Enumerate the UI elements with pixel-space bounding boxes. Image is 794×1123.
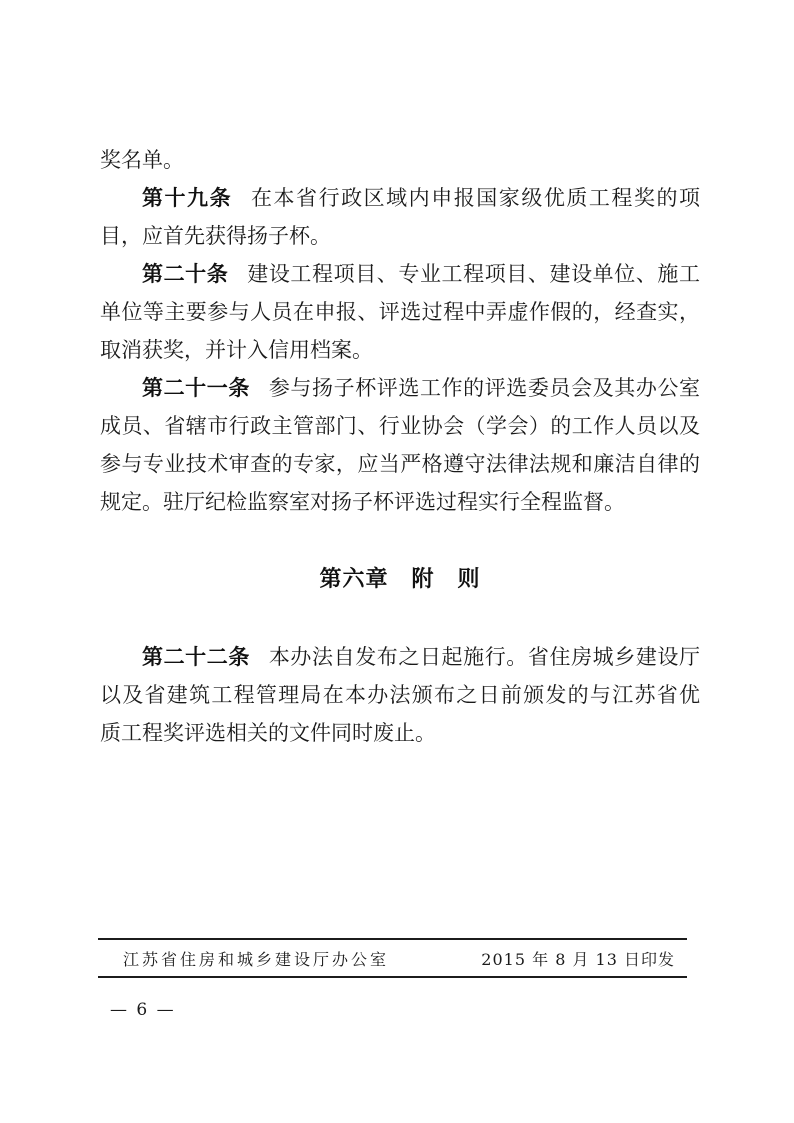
paragraph: 第二十一条参与扬子杯评选工作的评选委员会及其办公室成员、省辖市行政主管部门、行业… xyxy=(100,369,700,521)
paragraph: 第二十二条本办法自发布之日起施行。省住房城乡建设厅以及省建筑工程管理局在本办法颁… xyxy=(100,638,700,752)
text-line: 以及省建筑工程管理局在本办法颁布之日前颁发的与江苏省优 xyxy=(100,676,700,714)
text-line: 质工程奖评选相关的文件同时废止。 xyxy=(100,714,700,752)
text-line: 第二十二条本办法自发布之日起施行。省住房城乡建设厅 xyxy=(100,638,700,676)
line-text: 以及省建筑工程管理局在本办法颁布之日前颁发的与江苏省优 xyxy=(100,683,700,707)
chapter-heading: 第六章 附 则 xyxy=(100,561,700,599)
page-number: — 6 — xyxy=(110,999,176,1021)
text-line: 单位等主要参与人员在申报、评选过程中弄虚作假的，经查实， xyxy=(100,293,700,331)
footer-issuer: 江苏省住房和城乡建设厅办公室 xyxy=(123,947,389,970)
line-text: 参与专业技术审查的专家，应当严格遵守法律法规和廉洁自律的 xyxy=(100,452,700,476)
article-label: 第二十条 xyxy=(142,262,228,286)
line-text: 在本省行政区域内申报国家级优质工程奖的项 xyxy=(251,186,700,210)
text-line: 第二十一条参与扬子杯评选工作的评选委员会及其办公室 xyxy=(100,369,700,407)
document-page: 奖名单。第十九条在本省行政区域内申报国家级优质工程奖的项目，应首先获得扬子杯。第… xyxy=(0,0,794,1123)
line-text: 单位等主要参与人员在申报、评选过程中弄虚作假的，经查实， xyxy=(100,300,700,324)
footer-print-date: 2015 年 8 月 13 日印发 xyxy=(481,947,675,970)
line-text: 建设工程项目、专业工程项目、建设单位、施工 xyxy=(247,262,700,286)
article-label: 第二十二条 xyxy=(142,645,250,669)
footer-band: 江苏省住房和城乡建设厅办公室 2015 年 8 月 13 日印发 xyxy=(98,938,687,978)
paragraph: 第二十条建设工程项目、专业工程项目、建设单位、施工单位等主要参与人员在申报、评选… xyxy=(100,255,700,369)
line-text: 目，应首先获得扬子杯。 xyxy=(100,224,331,248)
text-line: 参与专业技术审查的专家，应当严格遵守法律法规和廉洁自律的 xyxy=(100,445,700,483)
article-label: 第二十一条 xyxy=(142,376,250,400)
paragraph: 第十九条在本省行政区域内申报国家级优质工程奖的项目，应首先获得扬子杯。 xyxy=(100,179,700,255)
text-line: 第二十条建设工程项目、专业工程项目、建设单位、施工 xyxy=(100,255,700,293)
text-line: 成员、省辖市行政主管部门、行业协会（学会）的工作人员以及 xyxy=(100,407,700,445)
line-text: 参与扬子杯评选工作的评选委员会及其办公室 xyxy=(269,376,700,400)
text-line: 目，应首先获得扬子杯。 xyxy=(100,217,700,255)
text-line: 规定。驻厅纪检监察室对扬子杯评选过程实行全程监督。 xyxy=(100,483,700,521)
body-paragraphs-top: 奖名单。第十九条在本省行政区域内申报国家级优质工程奖的项目，应首先获得扬子杯。第… xyxy=(100,141,700,521)
line-text: 成员、省辖市行政主管部门、行业协会（学会）的工作人员以及 xyxy=(100,414,700,438)
text-line: 奖名单。 xyxy=(100,141,700,179)
line-text: 奖名单。 xyxy=(100,148,184,172)
line-text: 规定。驻厅纪检监察室对扬子杯评选过程实行全程监督。 xyxy=(100,490,625,514)
line-text: 本办法自发布之日起施行。省住房城乡建设厅 xyxy=(269,645,700,669)
paragraph: 奖名单。 xyxy=(100,141,700,179)
body-paragraphs-bottom: 第二十二条本办法自发布之日起施行。省住房城乡建设厅以及省建筑工程管理局在本办法颁… xyxy=(100,638,700,752)
text-line: 第十九条在本省行政区域内申报国家级优质工程奖的项 xyxy=(100,179,700,217)
document-body: 奖名单。第十九条在本省行政区域内申报国家级优质工程奖的项目，应首先获得扬子杯。第… xyxy=(100,141,700,752)
text-line: 取消获奖，并计入信用档案。 xyxy=(100,331,700,369)
line-text: 质工程奖评选相关的文件同时废止。 xyxy=(100,721,436,745)
article-label: 第十九条 xyxy=(142,186,232,210)
line-text: 取消获奖，并计入信用档案。 xyxy=(100,338,373,362)
